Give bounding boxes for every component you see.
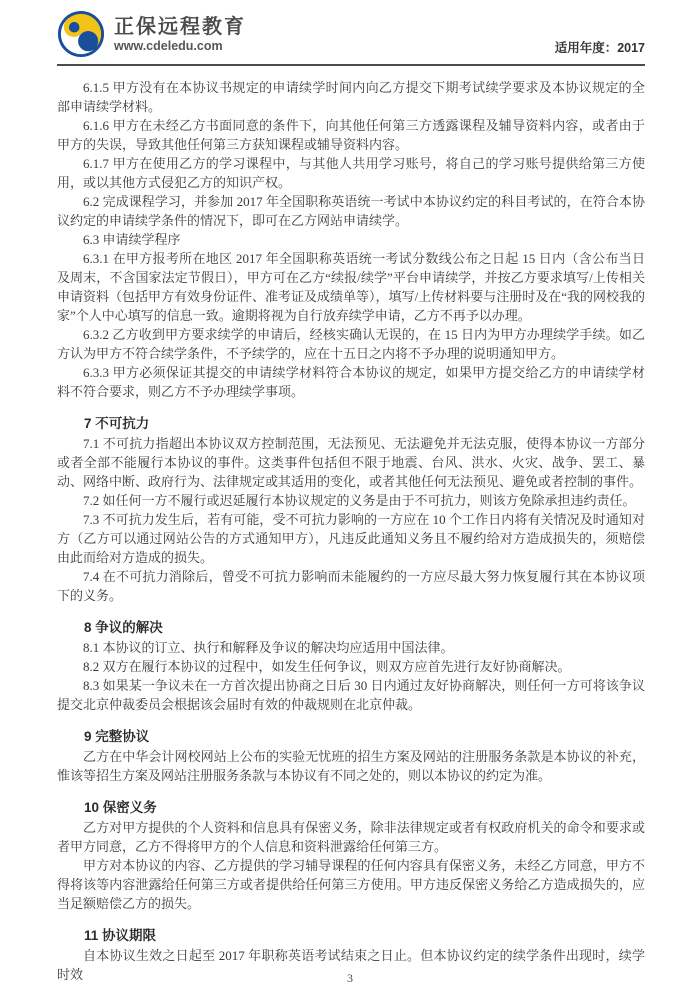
section-heading: 10 保密义务 [57, 798, 645, 817]
paragraph: 6.3.1 在甲方报考所在地区 2017 年全国职称英语统一考试分数线公布之日起… [57, 249, 645, 325]
document-section: 7 不可抗力7.1 不可抗力指超出本协议双方控制范围，无法预见、无法避免并无法克… [57, 414, 645, 605]
document-section: 9 完整协议乙方在中华会计网校网站上公布的实验无忧班的招生方案及网站的注册服务条… [57, 727, 645, 785]
paragraph: 6.3.3 甲方必须保证其提交的申请续学材料符合本协议的规定，如果甲方提交给乙方… [57, 363, 645, 401]
page-number: 3 [347, 971, 353, 985]
paragraph: 6.1.5 甲方没有在本协议书规定的申请续学时间内向乙方提交下期考试续学要求及本… [57, 78, 645, 116]
paragraph: 7.2 如任何一方不履行或迟延履行本协议规定的义务是由于不可抗力，则该方免除承担… [57, 491, 645, 510]
logo-text: 正保远程教育 www.cdeledu.com [114, 15, 246, 54]
logo-title: 正保远程教育 [114, 15, 246, 39]
paragraph: 7.1 不可抗力指超出本协议双方控制范围，无法预见、无法避免并无法克服，使得本协… [57, 434, 645, 491]
section-heading: 9 完整协议 [57, 727, 645, 746]
paragraph: 6.3.2 乙方收到甲方要求续学的申请后，经核实确认无误的，在 15 日内为甲方… [57, 325, 645, 363]
paragraph: 7.4 在不可抗力消除后，曾受不可抗力影响而未能履约的一方应尽最大努力恢复履行其… [57, 567, 645, 605]
section-heading: 7 不可抗力 [57, 414, 645, 433]
document-body: 6.1.5 甲方没有在本协议书规定的申请续学时间内向乙方提交下期考试续学要求及本… [57, 78, 645, 984]
paragraph: 6.3 申请续学程序 [57, 230, 645, 249]
logo: 正保远程教育 www.cdeledu.com [57, 10, 246, 58]
logo-icon [57, 10, 105, 58]
paragraph: 6.2 完成课程学习，并参加 2017 年全国职称英语统一考试中本协议约定的科目… [57, 192, 645, 230]
paragraph: 乙方在中华会计网校网站上公布的实验无忧班的招生方案及网站的注册服务条款是本协议的… [57, 747, 645, 785]
page-header: 正保远程教育 www.cdeledu.com 适用年度：2017 [57, 10, 645, 64]
document-section: 8 争议的解决8.1 本协议的订立、执行和解释及争议的解决均应适用中国法律。8.… [57, 618, 645, 714]
paragraph: 6.1.6 甲方在未经乙方书面同意的条件下，向其他任何第三方透露课程及辅导资料内… [57, 116, 645, 154]
document-page: 正保远程教育 www.cdeledu.com 适用年度：2017 6.1.5 甲… [0, 0, 700, 1004]
paragraph: 8.1 本协议的订立、执行和解释及争议的解决均应适用中国法律。 [57, 638, 645, 657]
paragraph: 甲方对本协议的内容、乙方提供的学习辅导课程的任何内容具有保密义务，未经乙方同意，… [57, 856, 645, 913]
logo-url: www.cdeledu.com [114, 39, 246, 54]
header-divider [57, 64, 645, 66]
paragraph: 7.3 不可抗力发生后，若有可能，受不可抗力影响的一方应在 10 个工作日内将有… [57, 510, 645, 567]
page-footer: 3 [0, 971, 700, 986]
paragraph: 8.3 如果某一争议未在一方首次提出协商之日后 30 日内通过友好协商解决，则任… [57, 676, 645, 714]
paragraph: 8.2 双方在履行本协议的过程中，如发生任何争议，则双方应首先进行友好协商解决。 [57, 657, 645, 676]
section-heading: 8 争议的解决 [57, 618, 645, 637]
paragraph: 6.1.7 甲方在使用乙方的学习课程中，与其他人共用学习账号，将自己的学习账号提… [57, 154, 645, 192]
applicable-year-label: 适用年度：2017 [555, 38, 645, 58]
section-heading: 11 协议期限 [57, 926, 645, 945]
document-section: 10 保密义务乙方对甲方提供的个人资料和信息具有保密义务，除非法律规定或者有权政… [57, 798, 645, 913]
paragraph: 乙方对甲方提供的个人资料和信息具有保密义务，除非法律规定或者有权政府机关的命令和… [57, 818, 645, 856]
document-section: 6.1.5 甲方没有在本协议书规定的申请续学时间内向乙方提交下期考试续学要求及本… [57, 78, 645, 401]
